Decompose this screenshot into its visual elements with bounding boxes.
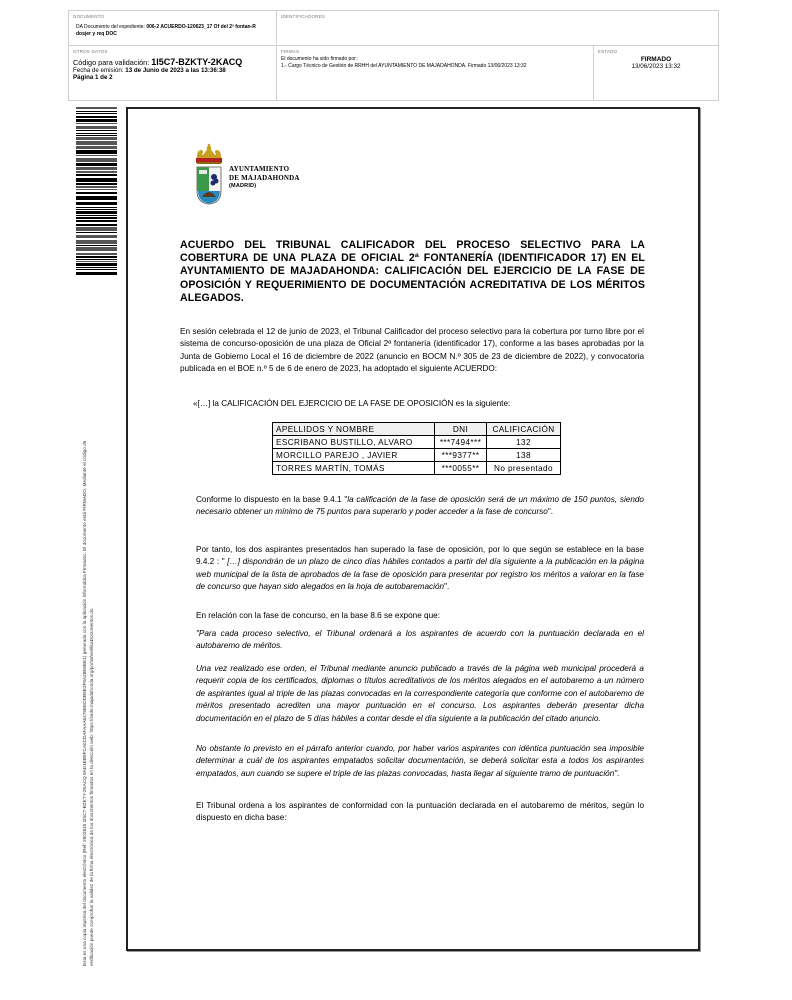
issue-date: Fecha de emisión: 13 de Junio de 2023 a … xyxy=(73,67,272,74)
validation-code: Código para validación: 1I5C7-BZKTY-2KAC… xyxy=(73,57,272,67)
paragraph-calificacion: «[…] la CALIFICACIÓN DEL EJERCICIO DE LA… xyxy=(193,398,643,410)
paragraph-intro: En sesión celebrada el 12 de junio de 20… xyxy=(180,326,644,376)
document-title: ACUERDO DEL TRIBUNAL CALIFICADOR DEL PRO… xyxy=(180,239,645,305)
otros-datos-label: OTROS DATOS xyxy=(73,49,272,54)
identificadores-label: IDENTIFICADORES xyxy=(281,14,714,19)
verification-side-text: Esta es una copia impresa del documento … xyxy=(82,286,95,966)
quote-para-1: "Para cada proceso selectivo, el Tribuna… xyxy=(196,628,644,653)
firmas-cell: FIRMAS El documento ha sido firmado por … xyxy=(277,46,594,101)
documento-cell: DOCUMENTO DA Documento del expediente: 0… xyxy=(69,11,277,44)
paragraph-ordena: El Tribunal ordena a los aspirantes de c… xyxy=(196,800,644,825)
quote-para-2: Una vez realizado ese orden, el Tribunal… xyxy=(196,663,644,725)
estado-label: ESTADO xyxy=(598,49,714,54)
status-badge: FIRMADO 13/06/2023 13:32 xyxy=(598,56,714,70)
documento-label: DOCUMENTO xyxy=(73,14,272,19)
table-row: MORCILLO PAREJO , JAVIER ***9377** 138 xyxy=(273,449,561,462)
results-table: APELLIDOS Y NOMBRE DNI CALIFICACIÓN ESCR… xyxy=(272,422,561,475)
otros-datos-cell: OTROS DATOS Código para validación: 1I5C… xyxy=(69,46,277,101)
firmas-label: FIRMAS xyxy=(281,49,589,54)
identificadores-cell: IDENTIFICADORES xyxy=(277,11,718,44)
quote-para-3: No obstante lo previsto en el párrafo an… xyxy=(196,743,644,780)
paragraph-base-942: Por tanto, los dos aspirantes presentado… xyxy=(196,544,644,594)
estado-cell: ESTADO FIRMADO 13/06/2023 13:32 xyxy=(594,46,718,101)
page-indicator: Página 1 de 2 xyxy=(73,74,272,81)
table-row: ESCRIBANO BUSTILLO, ALVARO ***7494*** 13… xyxy=(273,436,561,449)
table-header-row: APELLIDOS Y NOMBRE DNI CALIFICACIÓN xyxy=(273,423,561,436)
institution-name: AYUNTAMIENTO DE MAJADAHONDA (MADRID) xyxy=(229,165,300,191)
document-metadata-header: DOCUMENTO DA Documento del expediente: 0… xyxy=(68,10,719,101)
barcode-icon xyxy=(76,107,117,275)
documento-text: DA Documento del expediente: 006-2 ACUER… xyxy=(76,24,256,37)
table-row: TORRES MARTÍN, TOMÁS ***0055** No presen… xyxy=(273,462,561,475)
firmas-text: El documento ha sido firmado por : 1.- C… xyxy=(281,56,589,70)
paragraph-base-941: Conforme lo dispuesto en la base 9.4.1 "… xyxy=(196,494,644,519)
coat-of-arms-icon xyxy=(193,143,225,205)
paragraph-base-86: En relación con la fase de concurso, en … xyxy=(196,610,644,622)
